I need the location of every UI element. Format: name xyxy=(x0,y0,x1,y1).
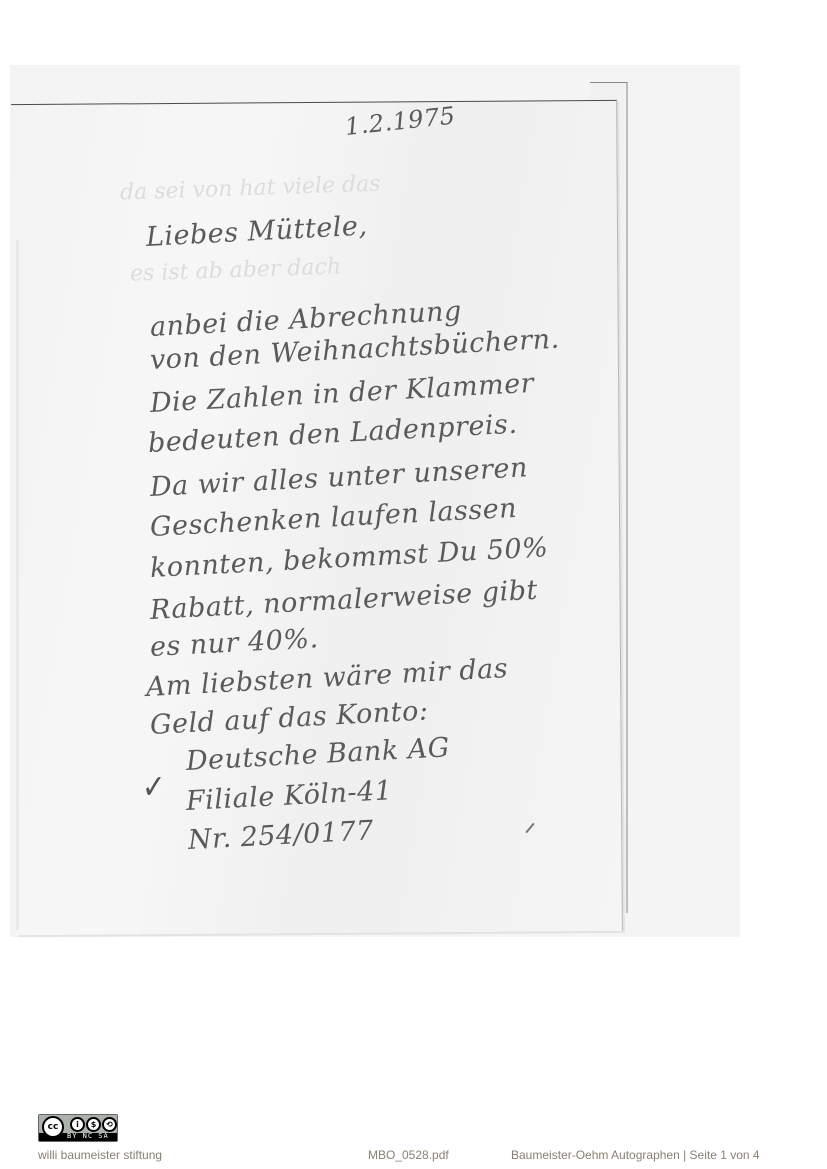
footer-collection-page: Baumeister-Oehm Autographen | Seite 1 vo… xyxy=(511,1148,760,1162)
sharealike-icon: ⟲ xyxy=(102,1117,117,1132)
footer-organization: willi baumeister stiftung xyxy=(38,1148,162,1162)
cc-icon: cc xyxy=(42,1116,64,1138)
footer-filename: MBO_0528.pdf xyxy=(368,1148,449,1162)
license-labels: BY NC SA xyxy=(67,1132,109,1141)
by-attribution-icon: i xyxy=(70,1117,85,1132)
page-footer: cc i $ ⟲ BY NC SA willi baumeister stift… xyxy=(0,1110,827,1169)
cc-by-nc-sa-icon[interactable]: cc i $ ⟲ BY NC SA xyxy=(38,1114,118,1142)
paper-edge-shadow xyxy=(16,240,19,930)
noncommercial-icon: $ xyxy=(86,1117,101,1132)
check-mark-icon: ✓ xyxy=(142,767,165,807)
